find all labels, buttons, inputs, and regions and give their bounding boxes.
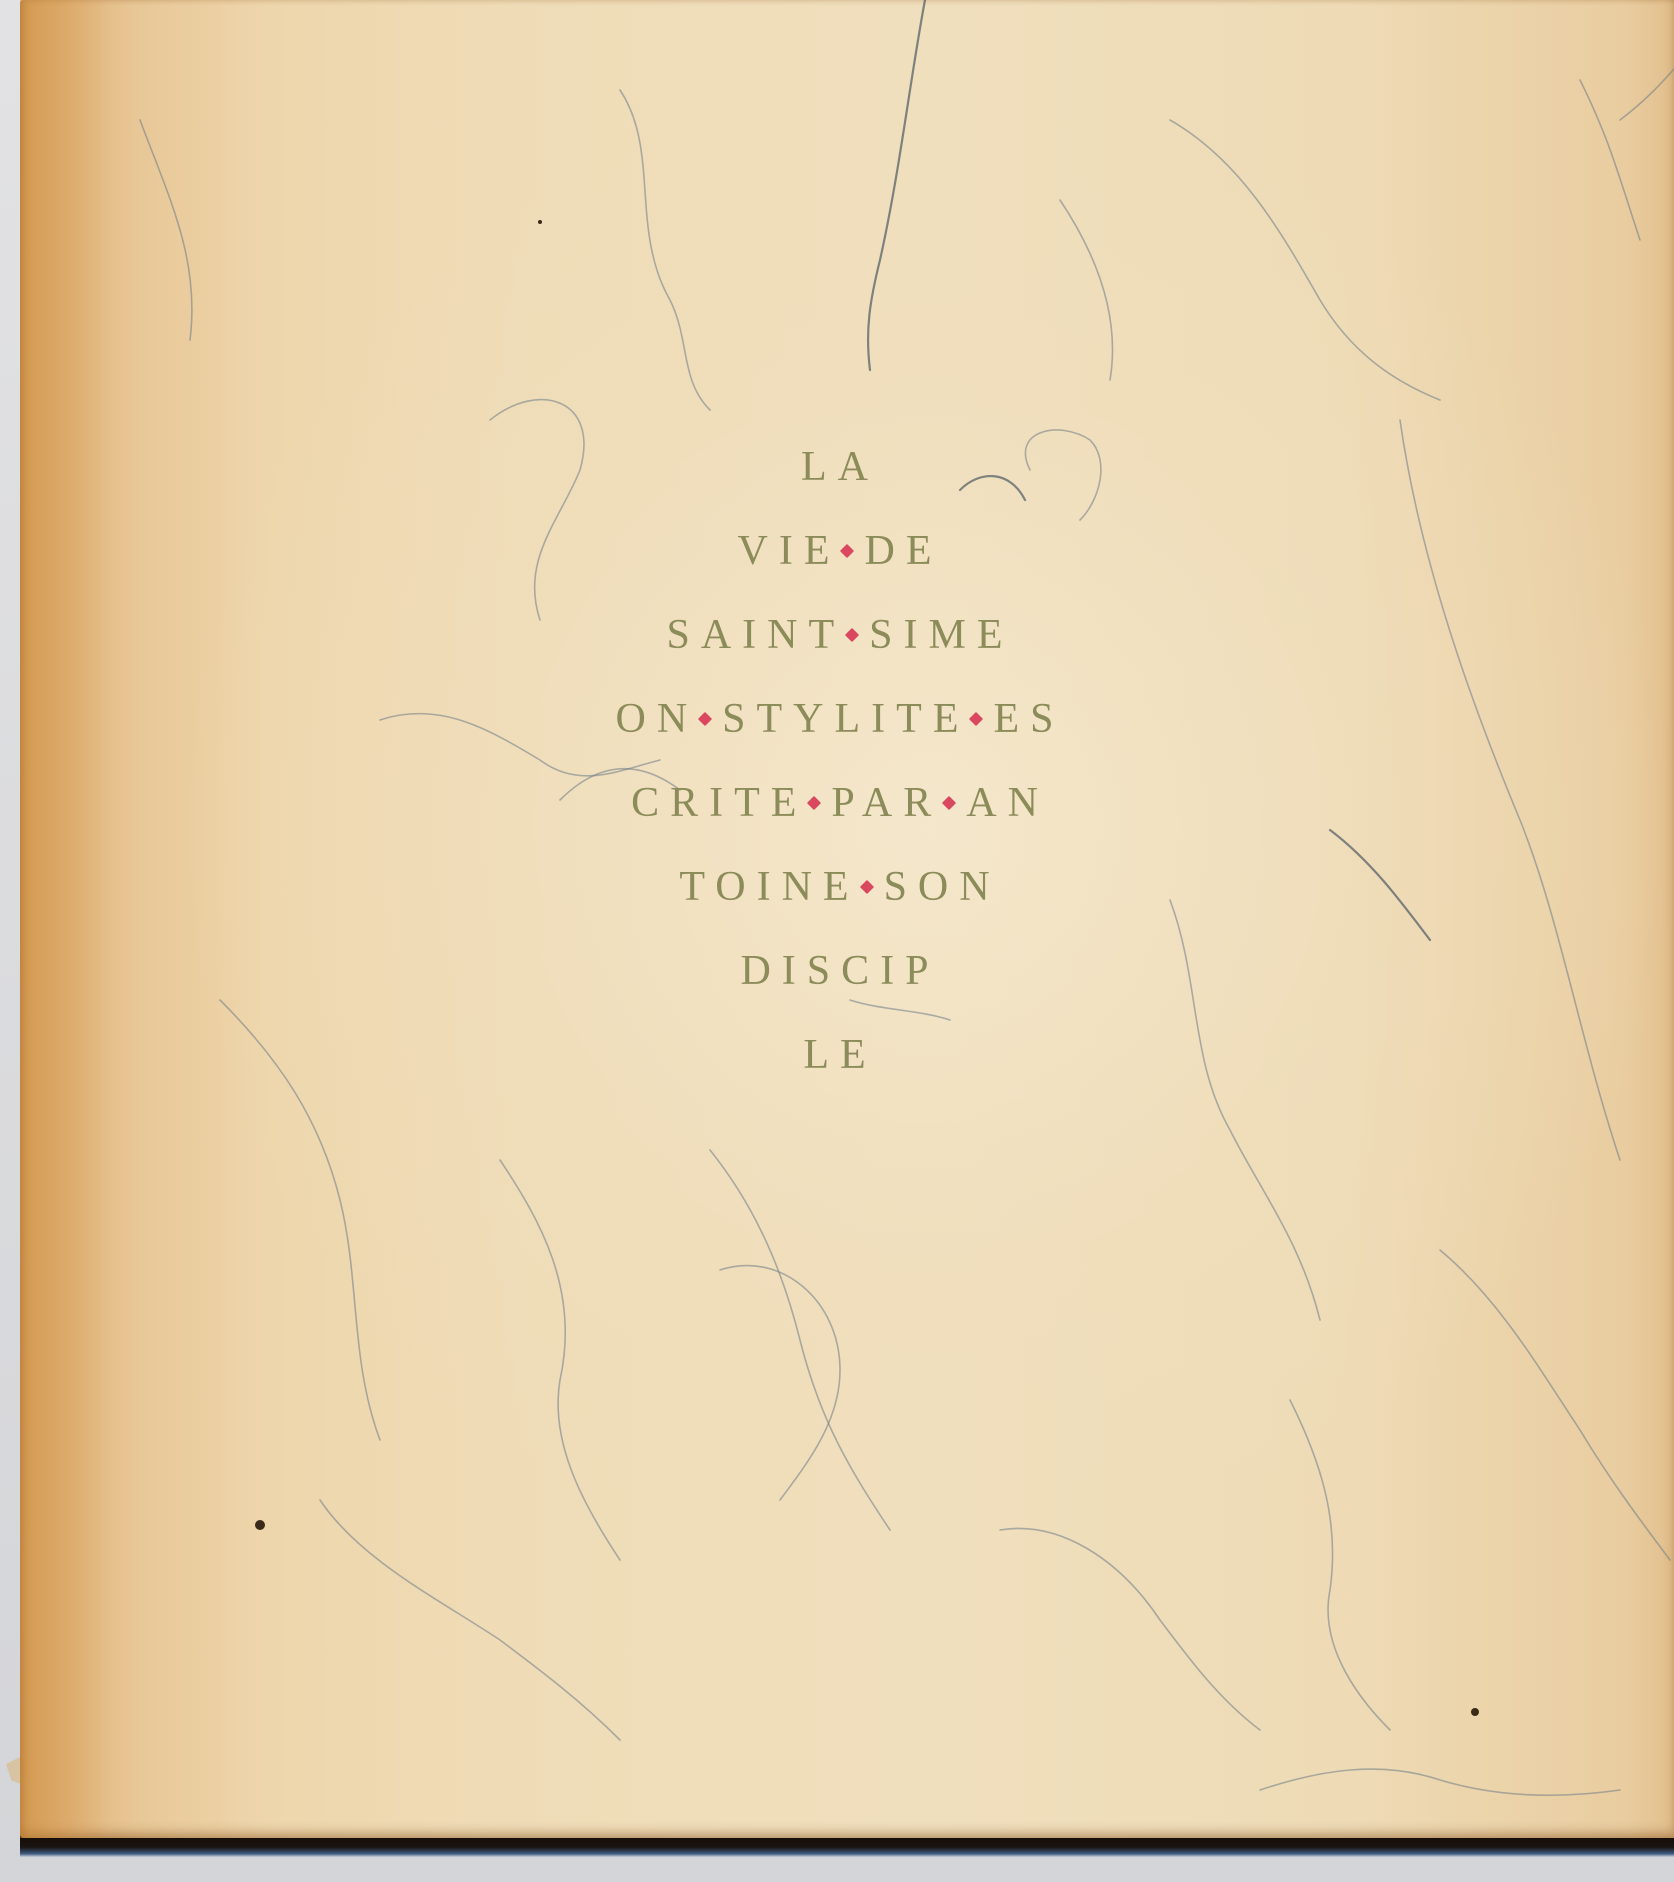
title-word: SON: [884, 845, 1001, 929]
title-word: SAINT: [666, 593, 845, 677]
title-word: VIE: [738, 509, 841, 593]
title-word: PAR: [831, 761, 942, 845]
title-line-2: VIEDE: [6, 509, 1674, 593]
title-line-5: CRITEPARAN: [6, 761, 1674, 845]
red-diamond-ornament-icon: [840, 544, 854, 558]
title-word: TOINE: [679, 845, 859, 929]
title-word: STYLITE: [722, 677, 969, 761]
cover-title: LA VIEDE SAINTSIME ONSTYLITEES CRITEPARA…: [6, 425, 1674, 1097]
title-word: SIME: [869, 593, 1013, 677]
title-line-8: LE: [6, 1013, 1674, 1097]
title-word: AN: [966, 761, 1049, 845]
title-line-1: LA: [6, 425, 1674, 509]
title-word: ES: [993, 677, 1064, 761]
title-word: LE: [803, 1013, 876, 1097]
red-diamond-ornament-icon: [860, 880, 874, 894]
book-shadow: [20, 1835, 1674, 1857]
title-word: LA: [801, 425, 879, 509]
title-line-4: ONSTYLITEES: [6, 677, 1674, 761]
title-line-3: SAINTSIME: [6, 593, 1674, 677]
title-line-7: DISCIP: [6, 929, 1674, 1013]
title-word: ON: [616, 677, 699, 761]
title-line-6: TOINESON: [6, 845, 1674, 929]
title-word: CRITE: [631, 761, 807, 845]
red-diamond-ornament-icon: [698, 712, 712, 726]
red-diamond-ornament-icon: [845, 628, 859, 642]
red-diamond-ornament-icon: [969, 712, 983, 726]
title-word: DE: [864, 509, 942, 593]
red-diamond-ornament-icon: [942, 796, 956, 810]
book-cover: LA VIEDE SAINTSIME ONSTYLITEES CRITEPARA…: [20, 0, 1674, 1838]
red-diamond-ornament-icon: [807, 796, 821, 810]
title-word: DISCIP: [740, 929, 939, 1013]
